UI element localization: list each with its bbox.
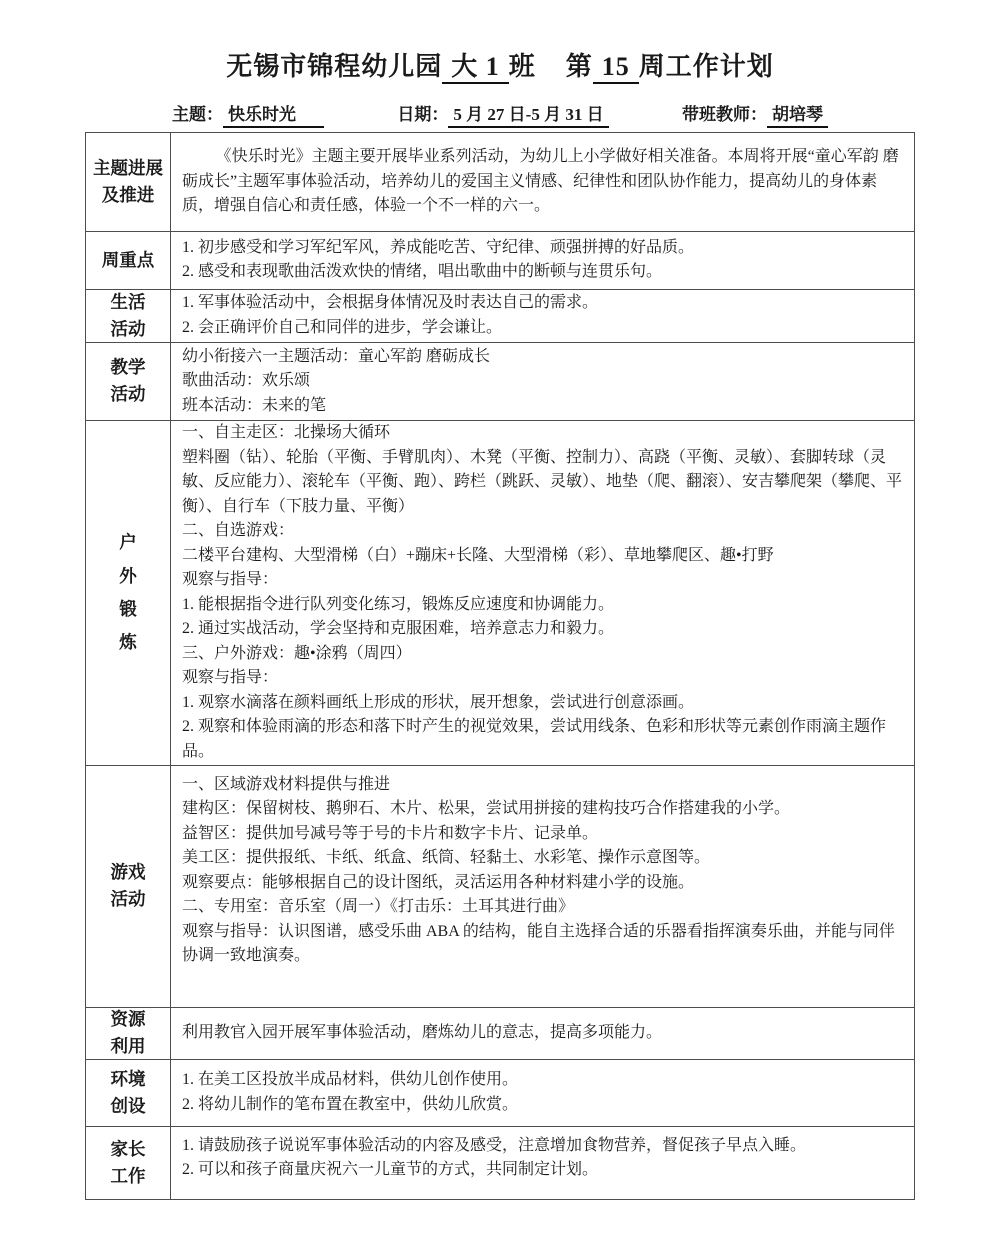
row-label: 生活 活动 [86,290,171,342]
row-week-focus: 周重点 1. 初步感受和学习军纪军风，养成能吃苦、守纪律、顽强拼搏的好品质。 2… [86,232,914,290]
content-line: 1. 在美工区投放半成品材料，供幼儿创作使用。 [182,1068,904,1093]
title-class-suffix: 班 [509,52,536,81]
content-line: 2. 可以和孩子商量庆祝六一儿童节的方式，共同制定计划。 [182,1158,904,1183]
content-line: 建构区：保留树枝、鹅卵石、木片、松果，尝试用拼接的建构技巧合作搭建我的小学。 [182,797,904,822]
content-line: 1. 能根据指令进行队列变化练习，锻炼反应速度和协调能力。 [182,593,904,618]
page-title: 无锡市锦程幼儿园大 1班第15周工作计划 [0,46,1000,84]
row-label: 教学 活动 [86,343,171,420]
date-value: 5 月 27 日-5 月 31 日 [448,100,608,128]
content-line: 1. 请鼓励孩子说说军事体验活动的内容及感受，注意增加食物营养，督促孩子早点入睡… [182,1134,904,1159]
row-content: 1. 初步感受和学习军纪军风，养成能吃苦、守纪律、顽强拼搏的好品质。 2. 感受… [171,232,914,289]
document-page: 无锡市锦程幼儿园大 1班第15周工作计划 主题：快乐时光 日期：5 月 27 日… [0,0,1000,1246]
content-line: 歌曲活动：欢乐颂 [182,369,904,394]
title-class-blank: 大 1 [442,52,509,84]
meta-teacher: 带班教师：胡培琴 [682,100,828,128]
theme-value: 快乐时光 [223,100,324,128]
content-line: 2. 观察和体验雨滴的形态和落下时产生的视觉效果，尝试用线条、色彩和形状等元素创… [182,715,904,764]
row-label: 户 外 锻 炼 [86,421,171,765]
row-label: 家长 工作 [86,1127,171,1199]
content-line: 1. 初步感受和学习军纪军风，养成能吃苦、守纪律、顽强拼搏的好品质。 [182,236,904,261]
content-line: 2. 感受和表现歌曲活泼欢快的情绪，唱出歌曲中的断顿与连贯乐句。 [182,260,904,285]
row-life-activities: 生活 活动 1. 军事体验活动中，会根据身体情况及时表达自己的需求。 2. 会正… [86,290,914,343]
content-line: 班本活动：未来的笔 [182,394,904,419]
meta-row: 主题：快乐时光 日期：5 月 27 日-5 月 31 日 带班教师：胡培琴 [172,100,828,128]
content-line: 一、区域游戏材料提供与推进 [182,773,904,798]
row-environment-setup: 环境 创设 1. 在美工区投放半成品材料，供幼儿创作使用。 2. 将幼儿制作的笔… [86,1060,914,1127]
row-content: 1. 在美工区投放半成品材料，供幼儿创作使用。 2. 将幼儿制作的笔布置在教室中… [171,1060,914,1126]
row-label: 环境 创设 [86,1060,171,1126]
content-line: 观察与指导： [182,568,904,593]
row-parent-work: 家长 工作 1. 请鼓励孩子说说军事体验活动的内容及感受，注意增加食物营养，督促… [86,1127,914,1199]
theme-label: 主题： [172,105,223,124]
content-line: 《快乐时光》主题主要开展毕业系列活动，为幼儿上小学做好相关准备。本周将开展“童心… [182,145,904,219]
row-content: 《快乐时光》主题主要开展毕业系列活动，为幼儿上小学做好相关准备。本周将开展“童心… [171,133,914,231]
row-resource-use: 资源 利用 利用教官入园开展军事体验活动，磨炼幼儿的意志，提高多项能力。 [86,1008,914,1060]
row-theme-progress: 主题进展 及推进 《快乐时光》主题主要开展毕业系列活动，为幼儿上小学做好相关准备… [86,133,914,232]
date-label: 日期： [397,105,448,124]
content-line: 塑料圈（钻）、轮胎（平衡、手臂肌肉）、木凳（平衡、控制力）、高跷（平衡、灵敏）、… [182,446,904,520]
content-line: 利用教官入园开展军事体验活动，磨炼幼儿的意志，提高多项能力。 [182,1021,904,1046]
content-line: 二楼平台建构、大型滑梯（白）+蹦床+长隆、大型滑梯（彩）、草地攀爬区、趣•打野 [182,544,904,569]
content-line: 益智区：提供加号减号等于号的卡片和数字卡片、记录单。 [182,822,904,847]
teacher-value: 胡培琴 [767,100,828,128]
title-week-suffix: 周工作计划 [639,52,774,81]
content-line: 1. 观察水滴落在颜料画纸上形成的形状，展开想象，尝试进行创意添画。 [182,691,904,716]
content-line: 三、户外游戏：趣•涂鸦（周四） [182,642,904,667]
row-content: 一、区域游戏材料提供与推进 建构区：保留树枝、鹅卵石、木片、松果，尝试用拼接的建… [171,766,914,1007]
row-teaching-activities: 教学 活动 幼小衔接六一主题活动：童心军韵 磨砺成长 歌曲活动：欢乐颂 班本活动… [86,343,914,421]
row-label: 主题进展 及推进 [86,133,171,231]
title-school: 无锡市锦程幼儿园 [226,52,442,81]
content-line: 1. 军事体验活动中，会根据身体情况及时表达自己的需求。 [182,291,904,316]
row-content: 幼小衔接六一主题活动：童心军韵 磨砺成长 歌曲活动：欢乐颂 班本活动：未来的笔 [171,343,914,420]
row-game-activities: 游戏 活动 一、区域游戏材料提供与推进 建构区：保留树枝、鹅卵石、木片、松果，尝… [86,766,914,1008]
row-label: 游戏 活动 [86,766,171,1007]
content-line: 美工区：提供报纸、卡纸、纸盒、纸筒、轻黏土、水彩笔、操作示意图等。 [182,846,904,871]
content-line: 观察与指导：认识图谱，感受乐曲 ABA 的结构，能自主选择合适的乐器看指挥演奏乐… [182,920,904,969]
row-content: 1. 请鼓励孩子说说军事体验活动的内容及感受，注意增加食物营养，督促孩子早点入睡… [171,1127,914,1199]
title-week-blank: 15 [593,52,639,84]
content-line: 二、自选游戏： [182,519,904,544]
title-week-prefix: 第 [566,52,593,81]
content-line: 观察要点：能够根据自己的设计图纸，灵活运用各种材料建小学的设施。 [182,871,904,896]
content-line: 幼小衔接六一主题活动：童心军韵 磨砺成长 [182,345,904,370]
content-line: 2. 会正确评价自己和同伴的进步，学会谦让。 [182,316,904,341]
content-line: 2. 通过实战活动，学会坚持和克服困难，培养意志力和毅力。 [182,617,904,642]
row-content: 利用教官入园开展军事体验活动，磨炼幼儿的意志，提高多项能力。 [171,1008,914,1059]
row-content: 1. 军事体验活动中，会根据身体情况及时表达自己的需求。 2. 会正确评价自己和… [171,290,914,342]
content-line: 2. 将幼儿制作的笔布置在教室中，供幼儿欣赏。 [182,1093,904,1118]
meta-theme: 主题：快乐时光 [172,100,324,128]
row-content: 一、自主走区：北操场大循环 塑料圈（钻）、轮胎（平衡、手臂肌肉）、木凳（平衡、控… [171,421,914,765]
weekly-plan-table: 主题进展 及推进 《快乐时光》主题主要开展毕业系列活动，为幼儿上小学做好相关准备… [85,132,915,1200]
content-line: 二、专用室：音乐室（周一）《打击乐：土耳其进行曲》 [182,895,904,920]
meta-date: 日期：5 月 27 日-5 月 31 日 [397,100,608,128]
teacher-label: 带班教师： [682,105,767,124]
row-label: 资源 利用 [86,1008,171,1059]
content-line: 一、自主走区：北操场大循环 [182,421,904,446]
content-line: 观察与指导： [182,666,904,691]
row-label: 周重点 [86,232,171,289]
row-outdoor-exercise: 户 外 锻 炼 一、自主走区：北操场大循环 塑料圈（钻）、轮胎（平衡、手臂肌肉）… [86,421,914,766]
